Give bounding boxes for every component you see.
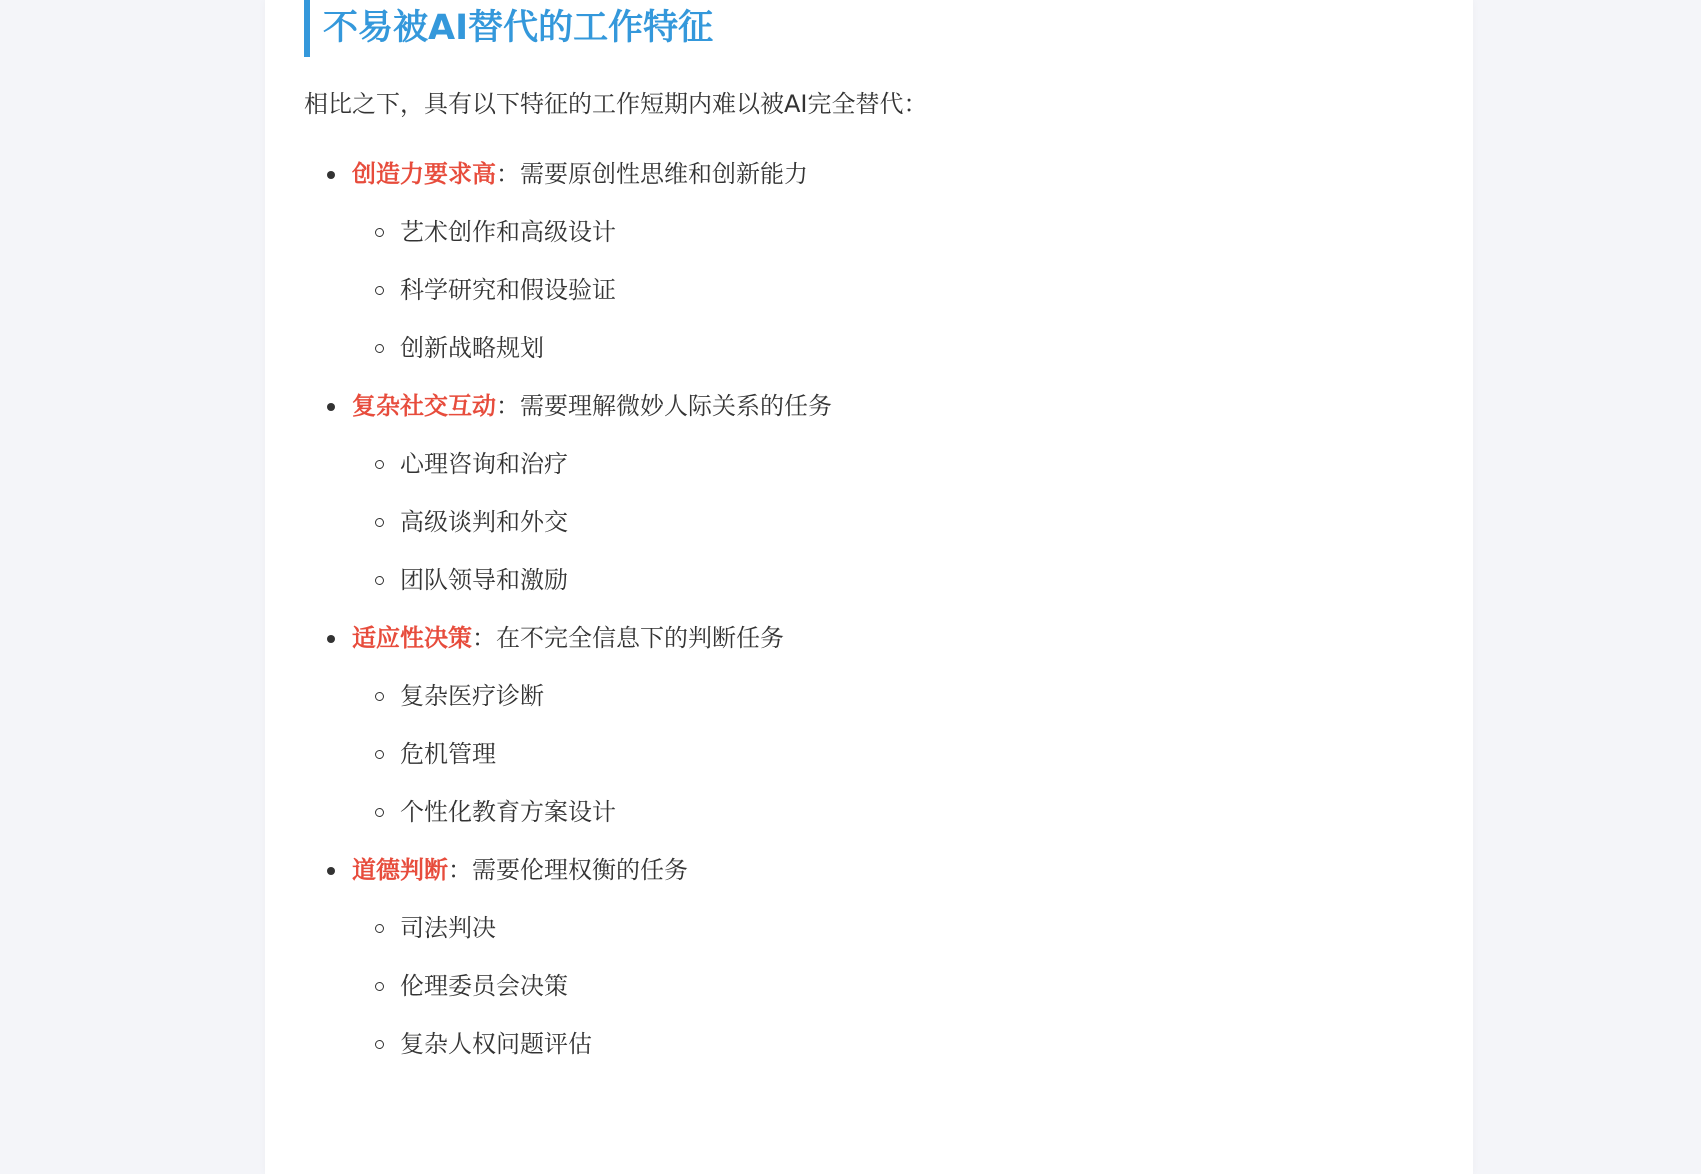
- example-list: 复杂医疗诊断 危机管理 个性化教育方案设计: [304, 678, 832, 830]
- list-item-social: 复杂社交互动：需要理解微妙人际关系的任务 心理咨询和治疗 高级谈判和外交 团队领…: [304, 388, 832, 598]
- document-page: 不易被AI替代的工作特征 相比之下，具有以下特征的工作短期内难以被AI完全替代：…: [265, 0, 1473, 1174]
- circle-bullet-icon: [375, 518, 384, 527]
- circle-bullet-icon: [375, 692, 384, 701]
- item-separator: ：: [496, 160, 520, 188]
- item-separator: ：: [448, 856, 472, 884]
- circle-bullet-icon: [375, 982, 384, 991]
- bullet-icon: [327, 171, 335, 179]
- circle-bullet-icon: [375, 344, 384, 353]
- bullet-icon: [327, 867, 335, 875]
- bullet-icon: [327, 635, 335, 643]
- example-item: 创新战略规划: [304, 330, 832, 366]
- item-term: 适应性决策: [352, 624, 472, 652]
- example-item: 心理咨询和治疗: [304, 446, 832, 482]
- item-term: 道德判断: [352, 856, 448, 884]
- list-item-creativity: 创造力要求高：需要原创性思维和创新能力 艺术创作和高级设计 科学研究和假设验证 …: [304, 156, 832, 366]
- item-separator: ：: [472, 624, 496, 652]
- example-item: 团队领导和激励: [304, 562, 832, 598]
- intro-paragraph: 相比之下，具有以下特征的工作短期内难以被AI完全替代：: [304, 86, 928, 122]
- item-description: 需要伦理权衡的任务: [472, 856, 688, 884]
- example-item: 复杂医疗诊断: [304, 678, 832, 714]
- example-item: 个性化教育方案设计: [304, 794, 832, 830]
- circle-bullet-icon: [375, 576, 384, 585]
- example-list: 艺术创作和高级设计 科学研究和假设验证 创新战略规划: [304, 214, 832, 366]
- item-description: 需要理解微妙人际关系的任务: [520, 392, 832, 420]
- example-item: 危机管理: [304, 736, 832, 772]
- circle-bullet-icon: [375, 808, 384, 817]
- example-list: 司法判决 伦理委员会决策 复杂人权问题评估: [304, 910, 832, 1062]
- item-term: 创造力要求高: [352, 160, 496, 188]
- circle-bullet-icon: [375, 460, 384, 469]
- example-item: 高级谈判和外交: [304, 504, 832, 540]
- example-item: 科学研究和假设验证: [304, 272, 832, 308]
- item-separator: ：: [496, 392, 520, 420]
- item-description: 在不完全信息下的判断任务: [496, 624, 784, 652]
- example-list: 心理咨询和治疗 高级谈判和外交 团队领导和激励: [304, 446, 832, 598]
- circle-bullet-icon: [375, 750, 384, 759]
- example-item: 复杂人权问题评估: [304, 1026, 832, 1062]
- example-item: 伦理委员会决策: [304, 968, 832, 1004]
- list-item-adaptive-decision: 适应性决策：在不完全信息下的判断任务 复杂医疗诊断 危机管理 个性化教育方案设计: [304, 620, 832, 830]
- item-description: 需要原创性思维和创新能力: [520, 160, 808, 188]
- example-item: 司法判决: [304, 910, 832, 946]
- bullet-icon: [327, 403, 335, 411]
- circle-bullet-icon: [375, 1040, 384, 1049]
- example-item: 艺术创作和高级设计: [304, 214, 832, 250]
- feature-list: 创造力要求高：需要原创性思维和创新能力 艺术创作和高级设计 科学研究和假设验证 …: [304, 156, 832, 1084]
- list-item-moral-judgment: 道德判断：需要伦理权衡的任务 司法判决 伦理委员会决策 复杂人权问题评估: [304, 852, 832, 1062]
- section-heading: 不易被AI替代的工作特征: [304, 0, 713, 57]
- circle-bullet-icon: [375, 924, 384, 933]
- circle-bullet-icon: [375, 286, 384, 295]
- item-term: 复杂社交互动: [352, 392, 496, 420]
- circle-bullet-icon: [375, 228, 384, 237]
